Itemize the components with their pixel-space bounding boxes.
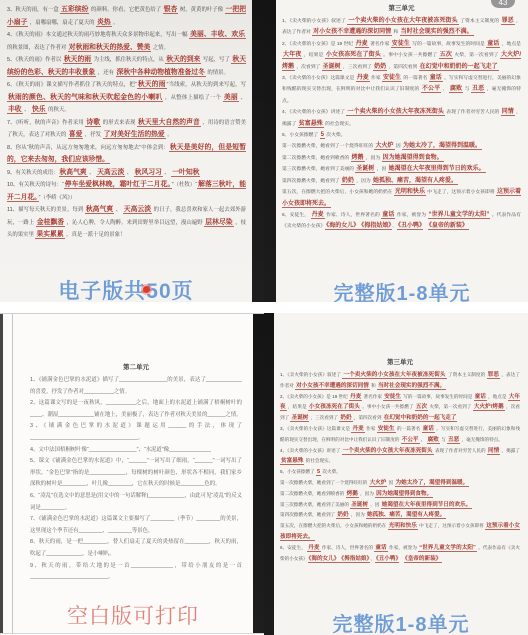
doc-text: 和 xyxy=(370,383,377,388)
doc-text: 的秋天。 xyxy=(47,107,70,113)
doc-text: 次火柴。 xyxy=(325,133,346,138)
doc-text: 、 xyxy=(163,170,171,176)
answer-text: 圣诞树 xyxy=(322,64,342,71)
doc-text: ，毫无掩饰的特点。 xyxy=(460,437,503,442)
answer-text: 腐败 xyxy=(427,437,440,444)
doc-text: 6、安徒生， xyxy=(280,545,307,550)
answer-text: 一个卖火柴的小女孩在大年夜被冻死街头 xyxy=(342,372,446,379)
answer-text: 当时社会现实的强烈不满。 xyxy=(400,29,474,36)
doc-line: 3、《卖火柴的小女孩》这篇课文是 丹麦 作家 安徒生 的一篇著名 童话 。写实和… xyxy=(282,73,521,107)
doc-line: 2、《卖火柴的小女孩》是 19 世纪 丹麦 著名作家 安徒生 写的一篇故事，故事… xyxy=(280,392,520,424)
answer-text: 丑恶 xyxy=(447,437,460,444)
doc-text: 与 xyxy=(440,437,447,442)
answer-text: 童话 xyxy=(429,75,443,82)
answer-text: 奶奶 xyxy=(373,64,387,71)
doc-text: 作家 xyxy=(365,426,377,431)
doc-line: 2、这篇课文写的是一夜秋风，__________之后，地面上的水泥道上铺满了梧桐… xyxy=(30,398,242,421)
doc-text: 、 xyxy=(239,95,246,101)
doc-text: 的情景。 xyxy=(206,70,229,76)
doc-text: 写的一篇故事，故事发生的时间是 xyxy=(402,394,474,399)
doc-text: 2、这篇课文写的是一夜秋风，__________之后，地面上的水泥道上铺满了梧桐… xyxy=(30,400,242,418)
red-click-indicator-dot xyxy=(143,286,150,293)
answer-text: 《海的女儿》 xyxy=(325,223,360,230)
photo-dark-edge xyxy=(253,314,264,633)
answer-text: 一叶知秋 xyxy=(171,169,200,177)
answer-text: “世界儿童文学的太阳” xyxy=(418,545,477,552)
doc-line: 5、小女孩擦燃了 5 次火柴。 xyxy=(280,467,520,478)
doc-text: 写起，写了 xyxy=(201,57,231,63)
answer-text: 童话 xyxy=(422,426,435,433)
answer-text: 同情 xyxy=(487,448,500,455)
doc-text: ，真是一派十足的景象！ xyxy=(65,232,126,238)
answer-text: 圣诞树 xyxy=(355,166,375,173)
answer-text: 炎热 xyxy=(96,19,112,27)
doc-text: 。事中小女孩一共擦燃了 xyxy=(382,53,439,58)
doc-line: 10、有关秋天的诗句：“停车坐爱枫林晚，霜叶红于二月花。”（杜牧）“解落三秋叶，… xyxy=(7,179,246,204)
answer-text: 《丑小鸭》 xyxy=(397,223,423,230)
doc-text: 表现了作者对穷苦人民的 xyxy=(434,448,487,453)
doc-text: 。事中小女孩一共擦燃了 xyxy=(361,404,415,409)
doc-text: 了资本主义制度的 xyxy=(447,372,487,377)
caption-blank-version: 空白版可打印 xyxy=(13,600,253,626)
doc-text: 3、《铺满金色巴掌的水泥道》课题运用______的手法，体现了_________… xyxy=(30,423,242,441)
answer-text: 丹麦 xyxy=(311,212,325,219)
answer-text: 秋天的到来 xyxy=(165,56,201,64)
doc-text: 6、《秋天的雨》课文描写作者抓住了秋天的特点，把“ xyxy=(7,82,137,88)
answer-text: 丹麦 xyxy=(349,394,362,401)
doc-line: 6、《秋天的雨》课文描写作者抓住了秋天的特点，把“秋天的雨”当线索，从秋天的到来… xyxy=(7,79,246,117)
doc-line: 3、秋天的雨，有一盒 五彩缤纷 的颜料。你看，它把黄色给了 银杏 树，黄黄的叶子… xyxy=(7,4,246,29)
answer-text: 奶奶 xyxy=(341,178,355,185)
doc-text: 第一次擦燃火柴，她看到了一个烧得旺旺的 xyxy=(282,144,374,149)
answer-text: 层林尽染 xyxy=(204,219,233,227)
photo-complete-version-top[interactable]: 43 第三单元 1、《卖火柴的小女孩》叙述了 一个卖火柴的小女孩在大年夜被冻死街… xyxy=(264,0,528,302)
worksheet-text-block: 第二单元 1、《铺满金色巴掌的水泥道》描写了________________的美… xyxy=(30,362,242,584)
answer-text: 光明和快乐 xyxy=(394,189,426,196)
worksheet-text-block: 第三单元 1、《卖火柴的小女孩》叙述了 一个卖火柴的小女孩在大年夜被冻死街头 了… xyxy=(280,357,520,564)
paper-edge-line xyxy=(12,314,13,633)
doc-line: 1、《卖火柴的小女孩》叙述了 一个卖火柴的小女孩在大年夜被冻死街头 了资本主义制… xyxy=(280,370,520,392)
doc-line: 第三次擦燃火柴，她看到了美丽的 圣诞树 ，因 她渴望在大年夜里得到节日的欢乐。 xyxy=(282,164,521,175)
answer-text: 烤鹅 xyxy=(351,155,365,162)
doc-text: ，因为 xyxy=(365,156,382,161)
doc-text: 4、文中法国梧桐树叶像“________________”、“水泥道”像____… xyxy=(30,447,211,453)
answer-text: 不公平 xyxy=(401,437,420,444)
answer-text: 金桂飘香 xyxy=(36,219,65,227)
answer-text: 罪恶 xyxy=(487,372,500,379)
doc-text: 作家，被誉为 xyxy=(388,545,419,550)
doc-text: ，揭露了 xyxy=(500,448,520,453)
doc-text: 为主线，抓住秋天的特点，从 xyxy=(92,57,165,63)
answer-text: 童话 xyxy=(374,545,387,552)
answer-text: 奶奶 xyxy=(336,512,349,519)
answer-text: 大火炉 xyxy=(369,480,388,487)
answer-text: 丰收 xyxy=(7,106,23,114)
doc-text: 、 xyxy=(114,207,123,213)
doc-text: 、 xyxy=(23,107,31,113)
answer-text: 喜爱 xyxy=(68,131,84,139)
doc-text: 了资本主义制度的 xyxy=(459,19,501,24)
answer-text: 《海的女儿》 xyxy=(308,556,341,563)
doc-text: ，次看到了 xyxy=(295,65,322,70)
doc-text: 3、《卖火柴的小女孩》这篇课文是 xyxy=(280,426,351,431)
answer-text: 一个卖火柴的小女孩在大年夜被冻死街头 xyxy=(347,18,459,25)
answer-text: 银杏 xyxy=(163,6,179,14)
doc-text: 第四次擦燃火柴，她看到了 xyxy=(282,179,341,184)
doc-line: 第五次，在擦燃大把的火柴后，小女孩和她的奶奶在 光明和快乐 中飞走了，这预示着小… xyxy=(282,187,521,210)
doc-text: 6、“凌乱”在选文中的意思是(用文中的一句话解释)____________，由此… xyxy=(30,493,242,511)
doc-text: 4、《秋天的雨》本文通过秋天的雨巧妙地将秋天众多景物串起来，写出一幅 xyxy=(7,32,189,38)
doc-text: 。 xyxy=(112,20,119,26)
doc-text: 5、《秋天的雨》作者以 xyxy=(7,57,63,63)
answer-text: 大年夜 xyxy=(282,52,302,59)
doc-text: 、 xyxy=(441,87,449,92)
doc-text: 9、秋天的雨，带给大地的是一首______________，带给小朋友的是一首_… xyxy=(30,563,242,581)
answer-text: 腐败 xyxy=(449,86,463,93)
photo-dark-edge xyxy=(0,314,3,633)
doc-line: 第一次擦燃火柴，她看到了一个烧得旺旺的 大火炉 因 为她太冷了，渴望得到温暖。 xyxy=(280,478,520,489)
doc-text: ，地点是 xyxy=(487,394,508,399)
doc-text: 第五次，在擦燃大把的火柴后，小女孩和她的奶奶在 xyxy=(282,190,394,195)
answer-text: 一个卖火柴的小女孩大年夜冻死街头 xyxy=(342,448,434,455)
doc-line: 6、安徒生， 丹麦 作家、诗人，世界著名的 童话 作家，被誉为 “世界儿童文学的… xyxy=(280,543,520,565)
doc-text: ，第四次看到 xyxy=(353,415,383,420)
answer-text: 天高云淡 xyxy=(96,169,125,177)
doc-text: ，从整体上描绘了一个 xyxy=(163,95,223,101)
doc-text: 著名作家 xyxy=(362,394,383,399)
doc-text: 和 xyxy=(392,30,399,35)
doc-line: 4、《卖火柴的小女孩》讲述了 一个卖火柴的小女孩大年夜冻死街头 表现了作者对穷苦… xyxy=(282,107,521,130)
answer-text: 秋天里大自然的声音 xyxy=(137,119,201,127)
doc-text: 4、《卖火柴的小女孩》讲述了 xyxy=(280,448,342,453)
caption-complete-version: 完整版1-8单元 xyxy=(276,277,528,302)
doc-text: ，第四次看到 xyxy=(387,65,418,70)
doc-text: ，三次看到了 xyxy=(309,415,339,420)
doc-text: ，地点是 xyxy=(500,42,521,47)
doc-text: 5、小女孩擦燃了 xyxy=(280,469,316,474)
answer-text: 五彩缤纷 xyxy=(60,6,89,14)
worksheet-text-block: 3、秋天的雨，有一盒 五彩缤纷 的颜料。你看，它把黄色给了 银杏 树，黄黄的叶子… xyxy=(7,4,246,242)
answer-text: 她渴望在大年夜里得到节日的欢乐。 xyxy=(388,166,486,173)
doc-text: 7、《听听，秋的声音》作者采用 xyxy=(7,120,85,126)
doc-line: 4、《卖火柴的小女孩》讲述了 一个卖火柴的小女孩大年夜冻死街头 表现了作者对穷苦… xyxy=(280,446,520,468)
doc-text: 2、《卖火柴的小女孩》是 19 世纪 xyxy=(280,394,349,399)
answer-text: 美丽、丰收、欢乐 xyxy=(189,31,246,39)
doc-text: ”（杜牧）“ xyxy=(172,182,197,188)
page-section-title: 第三单元 xyxy=(280,357,520,366)
answer-text: 美丽 xyxy=(223,94,239,102)
answer-text: 烤鹅 xyxy=(346,491,359,498)
answer-text: 大火炉 xyxy=(374,143,394,150)
doc-line: 6、安徒生， 丹麦 作家、诗人，世界著名的 童话 作家，被誉为 “世界儿童文学的… xyxy=(282,210,521,233)
doc-text: 1、《卖火柴的小女孩》叙述了 xyxy=(282,19,347,24)
doc-text: 5、小女孩擦燃了 xyxy=(282,133,320,138)
doc-text: 的一篇著名 xyxy=(402,76,429,81)
doc-text: 1、《铺满金色巴掌的水泥道》描写了________________的美景，表达了… xyxy=(30,377,242,395)
answer-text: 《皇帝的新装》 xyxy=(404,556,442,563)
answer-text: 童话 xyxy=(486,41,500,48)
doc-text: 与 xyxy=(463,87,471,92)
answer-text: 奶奶 xyxy=(339,415,352,422)
answer-text: 光明和快乐 xyxy=(388,523,418,530)
doc-text: 因 xyxy=(387,480,394,485)
answer-text: 天高云淡 xyxy=(123,206,152,214)
answer-text: 丹麦 xyxy=(307,545,320,552)
answer-text: 丑恶 xyxy=(471,86,485,93)
doc-text: 火柴，第一次看到了 xyxy=(428,404,473,409)
answer-text: 她孤独、痛苦，渴望有人疼爱。 xyxy=(372,178,458,185)
page-section-title: 第二单元 xyxy=(30,362,242,371)
doc-text: 火柴，第一次看到了 xyxy=(453,53,500,58)
doc-text: 第一次擦燃火柴，她看到了一个烧得旺旺的 xyxy=(280,480,369,485)
doc-line: 第二次擦燃火柴，她看到喷香的 烤鹅 ，因为 因为她渴望得到食物。 xyxy=(282,153,521,164)
doc-text: 作家、诗人，世界著名的 xyxy=(325,213,382,218)
doc-text: ，扇哪扇哪，扇走了夏天的 xyxy=(28,20,96,26)
doc-text: 中飞走了，这预示着小女孩即将 xyxy=(426,190,496,195)
photo-dark-edge xyxy=(264,313,274,635)
photo-complete-version-bottom[interactable]: 第三单元 1、《卖火柴的小女孩》叙述了 一个卖火柴的小女孩在大年夜被冻死街头 了… xyxy=(264,313,528,635)
doc-text: 作家、诗人，世界著名的 xyxy=(321,545,375,550)
doc-line: 7、《听听，秋的声音》作者采用 诗歌 的形式来表现 秋天里大自然的声音 ，用诗的… xyxy=(7,117,246,142)
answer-text: 罪恶 xyxy=(501,18,515,25)
answer-text: 《拇指姑娘》 xyxy=(360,223,392,230)
doc-text: 10、有关秋天的诗句：“ xyxy=(7,182,64,188)
answer-text: 五次 xyxy=(415,404,428,411)
doc-text: 8、你从“秋的声音，从远方匆匆地来，向远方匆匆地去”中体会到： xyxy=(7,145,169,151)
doc-text: ，因为 xyxy=(350,512,366,517)
doc-text: ，三次看到了 xyxy=(342,65,373,70)
answer-text: 她孤独、痛苦，渴望有人疼爱。 xyxy=(366,512,446,519)
doc-text: 、 xyxy=(420,437,427,442)
doc-text: 写的一篇故事，故事发生的时间是 xyxy=(411,42,486,47)
answer-text: 为她太冷了，渴望得到温暖。 xyxy=(402,143,482,150)
answer-text: 在幻觉中和奶奶的一起飞走了 xyxy=(383,415,458,422)
doc-text: 的社会现实。 xyxy=(304,458,333,463)
doc-text: 因 xyxy=(395,144,402,149)
answer-text: 童话 xyxy=(474,394,487,401)
photo-dark-edge xyxy=(264,0,276,302)
answer-text: 安徒生 xyxy=(382,75,402,82)
photo-blank-version[interactable]: 第二单元 1、《铺满金色巴掌的水泥道》描写了________________的美… xyxy=(0,313,264,634)
doc-text: 著名作家 xyxy=(369,42,391,47)
count-badge: 43 xyxy=(491,0,515,8)
doc-line: 1、《铺满金色巴掌的水泥道》描写了________________的美景，表达了… xyxy=(30,375,242,398)
answer-text: 深秋中各种动物植物准备过冬 xyxy=(116,69,206,77)
doc-text: 1、《卖火柴的小女孩》叙述了 xyxy=(280,372,342,377)
answer-text: 贫富悬殊 xyxy=(298,121,324,128)
doc-text: ，抒发 xyxy=(83,132,102,138)
doc-text: 的形式来表现 xyxy=(101,120,137,126)
answer-text: 对小女孩不幸遭遇的深切同情 xyxy=(312,29,392,36)
doc-line: 5、小女孩擦燃了 5 次火柴。 xyxy=(282,130,521,141)
answer-text: 诗歌 xyxy=(85,119,101,127)
answer-text: 秋天的雨 xyxy=(63,56,92,64)
doc-text: 的社会现实。 xyxy=(324,122,354,127)
answer-text: 安徒生 xyxy=(377,426,396,433)
photo-electronic-version[interactable]: 3、秋天的雨，有一盒 五彩缤纷 的颜料。你看，它把黄色给了 银杏 树，黄黄的叶子… xyxy=(0,0,264,302)
answer-text: 了对美好生活的热爱 xyxy=(103,131,166,139)
answer-text: 圣诞树 xyxy=(290,415,309,422)
answer-text: 大火炉/烤鹅 xyxy=(473,404,505,411)
answer-text: 对秋雨和秋天的热爱、赞美 xyxy=(68,44,152,52)
doc-text: 5、课文《铺满金色巴掌的水泥道》中，“______”一词写出了细雨，“_____… xyxy=(30,458,242,487)
doc-line: 2、《卖火柴的小女孩》是 19 世纪 丹麦 著名作家 安徒生 写的一篇故事，故事… xyxy=(282,39,521,73)
doc-text: ，结果是 xyxy=(302,53,325,58)
doc-line: 8、秋天的雨，是一把________，替人们扇走了夏天的炎热留在________… xyxy=(30,537,242,560)
answer-text: 不公平 xyxy=(421,86,441,93)
doc-text: 表现了作者对穷苦人民的 xyxy=(445,110,501,115)
doc-text: 4、《卖火柴的小女孩》讲述了 xyxy=(282,110,346,115)
answer-text: 当时社会现实的强烈不满。 xyxy=(377,383,446,390)
doc-text: 第三次擦燃火柴，她看到了美丽的 xyxy=(282,167,355,172)
caption-electronic-version: 电子版共50页 xyxy=(0,275,252,302)
doc-text: 3、秋天的雨，有一盒 xyxy=(7,7,60,13)
answer-text: 安徒生 xyxy=(383,394,402,401)
doc-text: 7、《铺满金色巴掌的水泥道》这篇课文主要描写了________（季节）_____… xyxy=(30,516,242,534)
doc-text: 6、安徒生， xyxy=(282,213,311,218)
doc-text: 的颜料。你看，它把黄色给了 xyxy=(89,7,162,13)
doc-text: 第四次擦燃火柴，她看到了 xyxy=(280,512,336,517)
doc-text: ”当线索，从秋天的到来写起，写 xyxy=(167,82,246,88)
answer-text: 贫富悬殊 xyxy=(280,458,304,465)
doc-line: 4、《秋天的雨》本文通过秋天的雨巧妙地将秋天众多景物串起来，写出一幅 美丽、丰收… xyxy=(7,29,246,54)
doc-text: 、 xyxy=(88,170,96,176)
worksheet-text-block: 第三单元 1、《卖火柴的小女孩》叙述了 一个卖火柴的小女孩在大年夜被冻死街头 了… xyxy=(282,3,521,233)
doc-text: ”（李峤《风》） xyxy=(39,195,76,201)
doc-line: 第四次擦燃火柴，她看到了 奶奶 ，因为 她孤独、痛苦，渴望有人疼爱。 xyxy=(282,176,521,187)
doc-line: 第三次擦燃火柴，她看到了美丽的 圣诞树 ，因 她渴望在大年夜里得到节日的欢乐。 xyxy=(280,500,520,511)
answer-text: 丹麦 xyxy=(351,426,364,433)
doc-line: 第五次，在擦燃大把的火柴后，小女孩和她的奶奶在 光明和快乐 中飞走了，这预示着小… xyxy=(280,521,520,543)
doc-text: 的秋景图，表达了作者对 xyxy=(7,45,68,51)
answer-text: 小女孩冻死在了街头 xyxy=(325,52,382,59)
answer-text: 秋风习习 xyxy=(134,169,163,177)
doc-text: 作家 xyxy=(370,76,382,81)
doc-text: ，沁人心脾，令人陶醉。来到田野里举目远望，漫山遍野 xyxy=(65,220,204,226)
doc-text: 次火柴。 xyxy=(321,469,341,474)
answer-text: 秋雨的颜色、秋天的气味和秋天吹起金色的小喇叭 xyxy=(7,94,163,102)
answer-text: 秋天的雨 xyxy=(137,81,167,89)
photo-dark-edge xyxy=(252,0,264,302)
doc-text: 、 xyxy=(125,170,133,176)
answer-text: 快乐 xyxy=(31,106,47,114)
answer-text: 在幻觉中和奶奶的一起飞走了 xyxy=(419,64,499,71)
answer-text: 圣诞树 xyxy=(350,502,369,509)
doc-text: 3、《卖火柴的小女孩》这篇课文是 xyxy=(282,76,356,81)
doc-line: 5、课文《铺满金色巴掌的水泥道》中，“______”一词写出了细雨，“_____… xyxy=(30,456,242,491)
answer-text: 小女孩冻死在了街头 xyxy=(308,404,361,411)
caption-complete-version: 完整版1-8单元 xyxy=(274,608,528,633)
doc-text: ，因 xyxy=(369,502,381,507)
doc-text: ，因为 xyxy=(355,179,372,184)
answer-text: 因为她渴望得到食物。 xyxy=(382,155,444,162)
doc-text: ，结果是 xyxy=(287,404,308,409)
answer-text: 秋高气爽 xyxy=(59,169,88,177)
doc-text: ，还有 xyxy=(96,70,115,76)
answer-text: 为她太冷了，渴望得到温暖。 xyxy=(395,480,470,487)
answer-text: 对小女孩不幸遭遇的深切同情 xyxy=(295,383,370,390)
answer-text: 停车坐爱枫林晚，霜叶红于二月花。 xyxy=(64,181,172,189)
doc-text: 树，黄黄的叶子像 xyxy=(178,7,224,13)
doc-text: ，因为 xyxy=(359,491,375,496)
doc-text: 11、描写每天秋天的美景。每到 xyxy=(7,207,85,213)
doc-line: 1、《卖火柴的小女孩》叙述了 一个卖火柴的小女孩在大年夜被冻死街头 了资本主义制… xyxy=(282,16,521,39)
answer-text: 她渴望在大年夜里得到节日的欢乐。 xyxy=(381,502,473,509)
doc-line: 9、有关秋天的成语：秋高气爽 、 天高云淡 、 秋风习习 、 一叶知秋 xyxy=(7,167,246,180)
doc-line: 6、“凌乱”在选文中的意思是(用文中的一句话解释)____________，由此… xyxy=(30,491,242,514)
answer-text: 丹麦 xyxy=(356,75,370,82)
answer-text: 《皇帝的新装》 xyxy=(428,223,469,230)
doc-line: 8、你从“秋的声音，从远方匆匆地来，向远方匆匆地去”中体会到：秋天是美好的，但是… xyxy=(7,142,246,167)
doc-text: 9、有关秋天的成语： xyxy=(7,170,59,176)
doc-line: 5、《秋天的雨》作者以 秋天的雨 为主线，抓住秋天的特点，从 秋天的到来 写起，… xyxy=(7,54,246,79)
doc-text: 的一篇著名 xyxy=(396,426,422,431)
answer-text: 同情 xyxy=(501,109,515,116)
answer-text: 因为她渴望得到食物。 xyxy=(375,491,433,498)
doc-text: 。 xyxy=(166,132,173,138)
answer-text: 童话 xyxy=(381,212,395,219)
doc-text: 作家，被誉为 xyxy=(395,213,427,218)
answer-text: 安徒生 xyxy=(391,41,411,48)
answer-text: “世界儿童文学的太阳” xyxy=(428,212,491,219)
answer-text: 一个卖火柴的小女孩大年夜冻死街头 xyxy=(346,109,445,116)
doc-text: 第五次，在擦燃大把的火柴后，小女孩和她的奶奶在 xyxy=(280,523,388,528)
doc-text: 第二次擦燃火柴，她看到喷香的 xyxy=(282,156,351,161)
doc-line: 第四次擦燃火柴，她看到了 奶奶 ，因为 她孤独、痛苦，渴望有人疼爱。 xyxy=(280,510,520,521)
doc-text: 8、秋天的雨，是一把________，替人们扇走了夏天的炎热留在________… xyxy=(30,539,242,557)
doc-text: 第三次擦燃火柴，她看到了美丽的 xyxy=(280,502,350,507)
doc-line: 7、《铺满金色巴掌的水泥道》这篇课文主要描写了________（季节）_____… xyxy=(30,514,242,537)
answer-text: 《丑小鸭》 xyxy=(375,556,399,563)
page-section-title: 第三单元 xyxy=(282,3,521,12)
answer-text: 秋高气爽 xyxy=(85,206,114,214)
doc-text: 第二次擦燃火柴，她看到喷香的 xyxy=(280,491,346,496)
answer-text: 丹麦 xyxy=(355,41,369,48)
doc-text: ，因 xyxy=(375,167,387,172)
doc-line: 11、描写每天秋天的美景。每到 秋高气爽 、 天高云淡 的日子，我总喜欢和家人一… xyxy=(7,204,246,242)
answer-text: 果实累累 xyxy=(35,231,64,239)
doc-line: 3、《卖火柴的小女孩》这篇课文是 丹麦 作家 安徒生 的一篇著名 童话 。写实和… xyxy=(280,424,520,446)
doc-line: 第一次擦燃火柴，她看到了一个烧得旺旺的 大火炉 因 为她太冷了，渴望得到温暖。 xyxy=(282,141,521,152)
doc-text: 中飞走了，这预示着小女孩即将 xyxy=(418,523,485,528)
doc-line: 第二次擦燃火柴，她看到喷香的 烤鹅 ，因为 因为她渴望得到食物。 xyxy=(280,489,520,500)
answer-text: 五次 xyxy=(439,52,453,59)
doc-line: 4、文中法国梧桐树叶像“________________”、“水泥道”像____… xyxy=(30,445,242,457)
doc-line: 9、秋天的雨，带给大地的是一首______________，带给小朋友的是一首_… xyxy=(30,561,242,584)
doc-text: 之情。 xyxy=(151,45,169,51)
answer-text: 《拇指姑娘》 xyxy=(340,556,370,563)
doc-line: 3、《铺满金色巴掌的水泥道》课题运用______的手法，体现了_________… xyxy=(30,421,242,444)
doc-text: 2、《卖火柴的小女孩》是 19 世纪 xyxy=(282,42,355,47)
screenshot-canvas: 3、秋天的雨，有一盒 五彩缤纷 的颜料。你看，它把黄色给了 银杏 树，黄黄的叶子… xyxy=(0,0,528,635)
